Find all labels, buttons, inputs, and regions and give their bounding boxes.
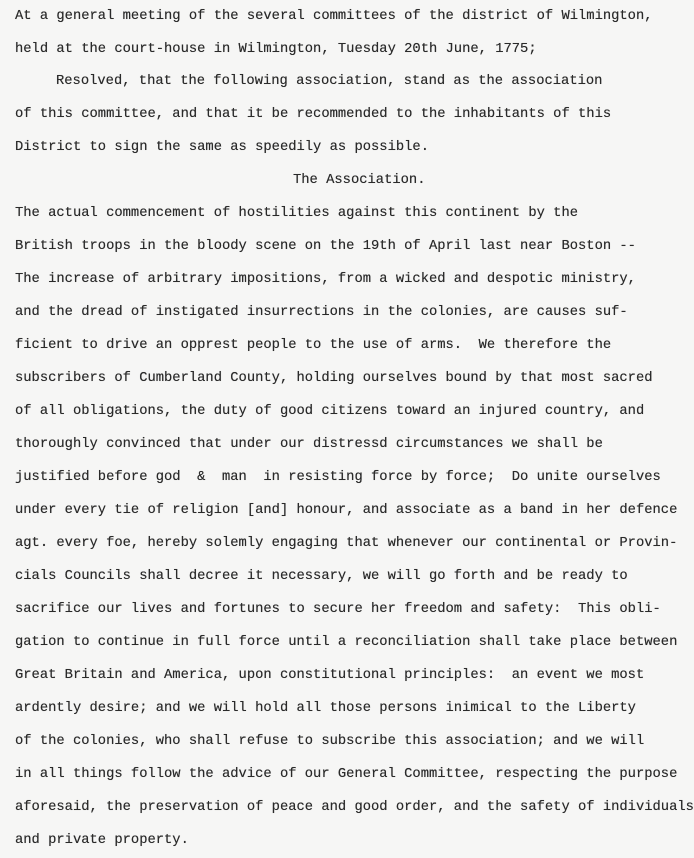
body-line: ardently desire; and we will hold all th… — [15, 700, 636, 718]
body-line: Great Britain and America, upon constitu… — [15, 667, 644, 685]
body-line: and private property. — [15, 832, 189, 850]
body-line: British troops in the bloody scene on th… — [15, 238, 636, 256]
body-line: of the colonies, who shall refuse to sub… — [15, 733, 644, 751]
body-line: aforesaid, the preservation of peace and… — [15, 799, 694, 817]
body-line: The increase of arbitrary impositions, f… — [15, 271, 636, 289]
body-line: subscribers of Cumberland County, holdin… — [15, 370, 653, 388]
resolution-line: District to sign the same as speedily as… — [15, 139, 429, 157]
body-line: gation to continue in full force until a… — [15, 634, 677, 652]
body-line: of all obligations, the duty of good cit… — [15, 403, 644, 421]
body-line: agt. every foe, hereby solemly engaging … — [15, 535, 677, 553]
body-line: justified before god & man in resisting … — [15, 469, 661, 487]
body-line: ficient to drive an opprest people to th… — [15, 337, 611, 355]
header-line: At a general meeting of the several comm… — [15, 8, 653, 26]
body-line: cials Councils shall decree it necessary… — [15, 568, 628, 586]
section-heading: The Association. — [293, 172, 425, 190]
resolution-line: of this committee, and that it be recomm… — [15, 106, 611, 124]
body-line: and the dread of instigated insurrection… — [15, 304, 628, 322]
header-line: held at the court-house in Wilmington, T… — [15, 41, 537, 59]
body-line: The actual commencement of hostilities a… — [15, 205, 578, 223]
body-line: thoroughly convinced that under our dist… — [15, 436, 603, 454]
document-page: At a general meeting of the several comm… — [0, 0, 694, 858]
body-line: in all things follow the advice of our G… — [15, 766, 677, 784]
body-line: under every tie of religion [and] honour… — [15, 502, 677, 520]
resolution-line: Resolved, that the following association… — [56, 73, 602, 91]
body-line: sacrifice our lives and fortunes to secu… — [15, 601, 661, 619]
